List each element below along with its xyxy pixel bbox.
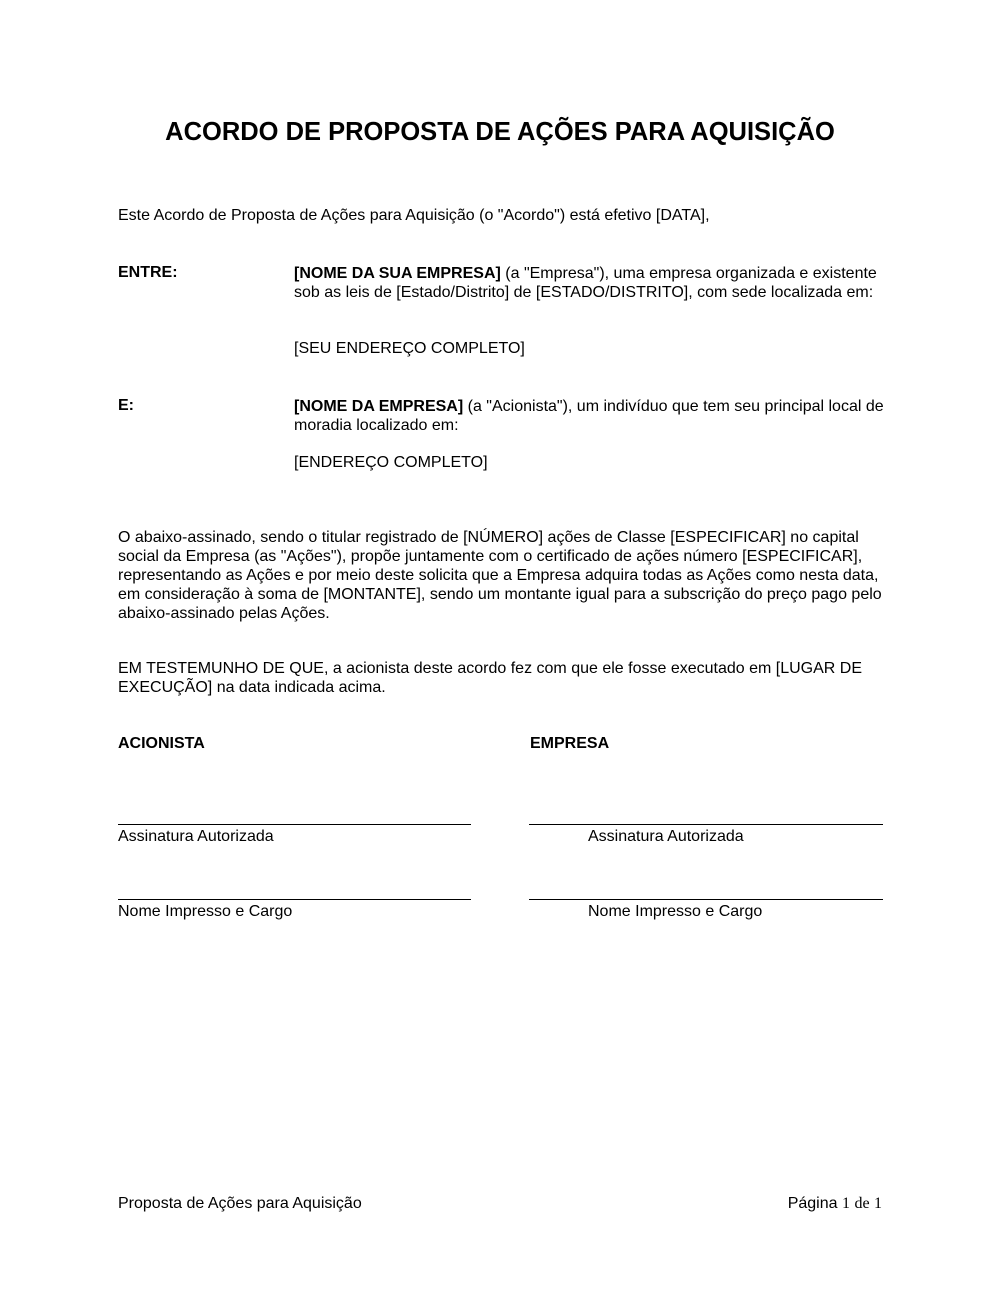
party-2-address: [ENDEREÇO COMPLETO]	[294, 453, 894, 472]
witness-paragraph: EM TESTEMUNHO DE QUE, a acionista deste …	[118, 659, 888, 697]
page-current: 1	[842, 1195, 850, 1212]
page-total: 1	[874, 1195, 882, 1212]
shareholder-signature-caption: Assinatura Autorizada	[118, 828, 274, 846]
party-1-address: [SEU ENDEREÇO COMPLETO]	[294, 339, 894, 358]
shareholder-signature-line	[118, 824, 471, 825]
shareholder-name-caption: Nome Impresso e Cargo	[118, 903, 292, 921]
footer-page-number: Página 1 de 1	[788, 1195, 882, 1213]
intro-paragraph: Este Acordo de Proposta de Ações para Aq…	[118, 206, 888, 225]
party-2-name: [NOME DA EMPRESA]	[294, 398, 463, 415]
page-separator: de	[854, 1195, 869, 1212]
company-name-line	[529, 899, 883, 900]
signature-heading-company: EMPRESA	[530, 735, 609, 753]
party-1-name: [NOME DA SUA EMPRESA]	[294, 265, 501, 282]
footer-title: Proposta de Ações para Aquisição	[118, 1195, 362, 1213]
body-paragraph: O abaixo-assinado, sendo o titular regis…	[118, 528, 893, 623]
party-1-label: ENTRE:	[118, 264, 178, 282]
company-signature-caption: Assinatura Autorizada	[588, 828, 744, 846]
document-title: ACORDO DE PROPOSTA DE AÇÕES PARA AQUISIÇ…	[0, 118, 1000, 147]
party-1-description: [NOME DA SUA EMPRESA] (a "Empresa"), uma…	[294, 264, 894, 302]
party-2-description: [NOME DA EMPRESA] (a "Acionista"), um in…	[294, 397, 894, 435]
shareholder-name-line	[118, 899, 471, 900]
party-2-label: E:	[118, 397, 134, 415]
signature-heading-shareholder: ACIONISTA	[118, 735, 205, 753]
company-signature-line	[529, 824, 883, 825]
page-label: Página	[788, 1195, 838, 1212]
company-name-caption: Nome Impresso e Cargo	[588, 903, 762, 921]
